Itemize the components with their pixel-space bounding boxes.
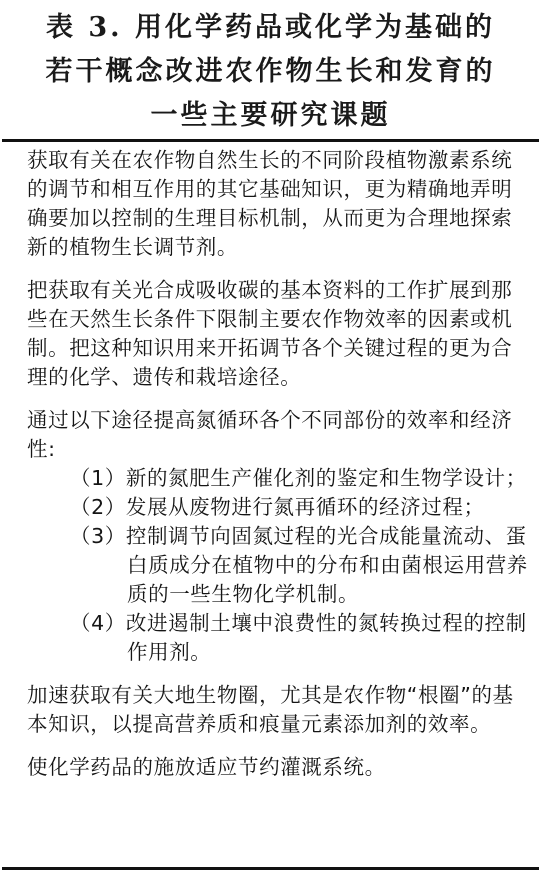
list-item-4: （4）改进遏制土壤中浪费性的氮转换过程的控制 作用剂。 <box>70 609 527 667</box>
title-line: 若干概念改进农作物生长和发育的 <box>0 50 541 94</box>
text-line: 些在天然生长条件下限制主要农作物效率的因素或机 <box>27 305 527 334</box>
text-line: （4）改进遏制土壤中浪费性的氮转换过程的控制 <box>70 609 527 638</box>
text-line: 制。把这种知识用来开拓调节各个关键过程的更为合 <box>27 334 527 363</box>
bottom-rule <box>2 867 539 870</box>
text-line: 质的一些生物化学机制。 <box>70 580 527 609</box>
text-line: （2）发展从废物进行氮再循环的经济过程； <box>70 493 527 522</box>
text-line: 通过以下途径提高氮循环各个不同部份的效率和经济 <box>27 406 527 435</box>
table-body: 获取有关在农作物自然生长的不同阶段植物激素系统 的调节和相互作用的其它基础知识，… <box>27 146 527 796</box>
paragraph-nitrogen-cycle: 通过以下途径提高氮循环各个不同部份的效率和经济 性: （1）新的氮肥生产催化剂的… <box>27 406 527 667</box>
title-line: 表 3. 用化学药品或化学为基础的 <box>0 6 541 50</box>
text-line: 新的植物生长调节剂。 <box>27 233 527 262</box>
text-line: （3）控制调节向固氮过程的光合成能量流动、蛋 <box>70 522 527 551</box>
list-item-3: （3）控制调节向固氮过程的光合成能量流动、蛋 白质成分在植物中的分布和由菌根运用… <box>70 522 527 609</box>
text-line: 获取有关在农作物自然生长的不同阶段植物激素系统 <box>27 146 527 175</box>
text-line: 理的化学、遗传和栽培途径。 <box>27 363 527 392</box>
text-line: 加速获取有关大地生物圈，尤其是农作物“根圈”的基 <box>27 681 527 710</box>
text-line: 使化学药品的施放适应节约灌溉系统。 <box>27 753 527 782</box>
text-line: （1）新的氮肥生产催化剂的鉴定和生物学设计； <box>70 464 527 493</box>
title-line: 一些主要研究课题 <box>0 94 541 138</box>
text-line: 性: <box>27 435 527 464</box>
paragraph-photosynthesis: 把获取有关光合成吸收碳的基本资料的工作扩展到那 些在天然生长条件下限制主要农作物… <box>27 276 527 392</box>
text-line: 本知识，以提高营养质和痕量元素添加剂的效率。 <box>27 710 527 739</box>
text-line: 把获取有关光合成吸收碳的基本资料的工作扩展到那 <box>27 276 527 305</box>
text-line: 的调节和相互作用的其它基础知识，更为精确地弄明 <box>27 175 527 204</box>
paragraph-rhizosphere: 加速获取有关大地生物圈，尤其是农作物“根圈”的基 本知识，以提高营养质和痕量元素… <box>27 681 527 739</box>
table-title: 表 3. 用化学药品或化学为基础的 若干概念改进农作物生长和发育的 一些主要研究… <box>0 6 541 138</box>
paragraph-irrigation: 使化学药品的施放适应节约灌溉系统。 <box>27 753 527 782</box>
list-item-2: （2）发展从废物进行氮再循环的经济过程； <box>70 493 527 522</box>
paragraph-plant-hormones: 获取有关在农作物自然生长的不同阶段植物激素系统 的调节和相互作用的其它基础知识，… <box>27 146 527 262</box>
top-rule <box>2 139 539 142</box>
text-line: 确要加以控制的生理目标机制，从而更为合理地探索 <box>27 204 527 233</box>
text-line: 作用剂。 <box>70 638 527 667</box>
list-item-1: （1）新的氮肥生产催化剂的鉴定和生物学设计； <box>70 464 527 493</box>
text-line: 白质成分在植物中的分布和由菌根运用营养 <box>70 551 527 580</box>
